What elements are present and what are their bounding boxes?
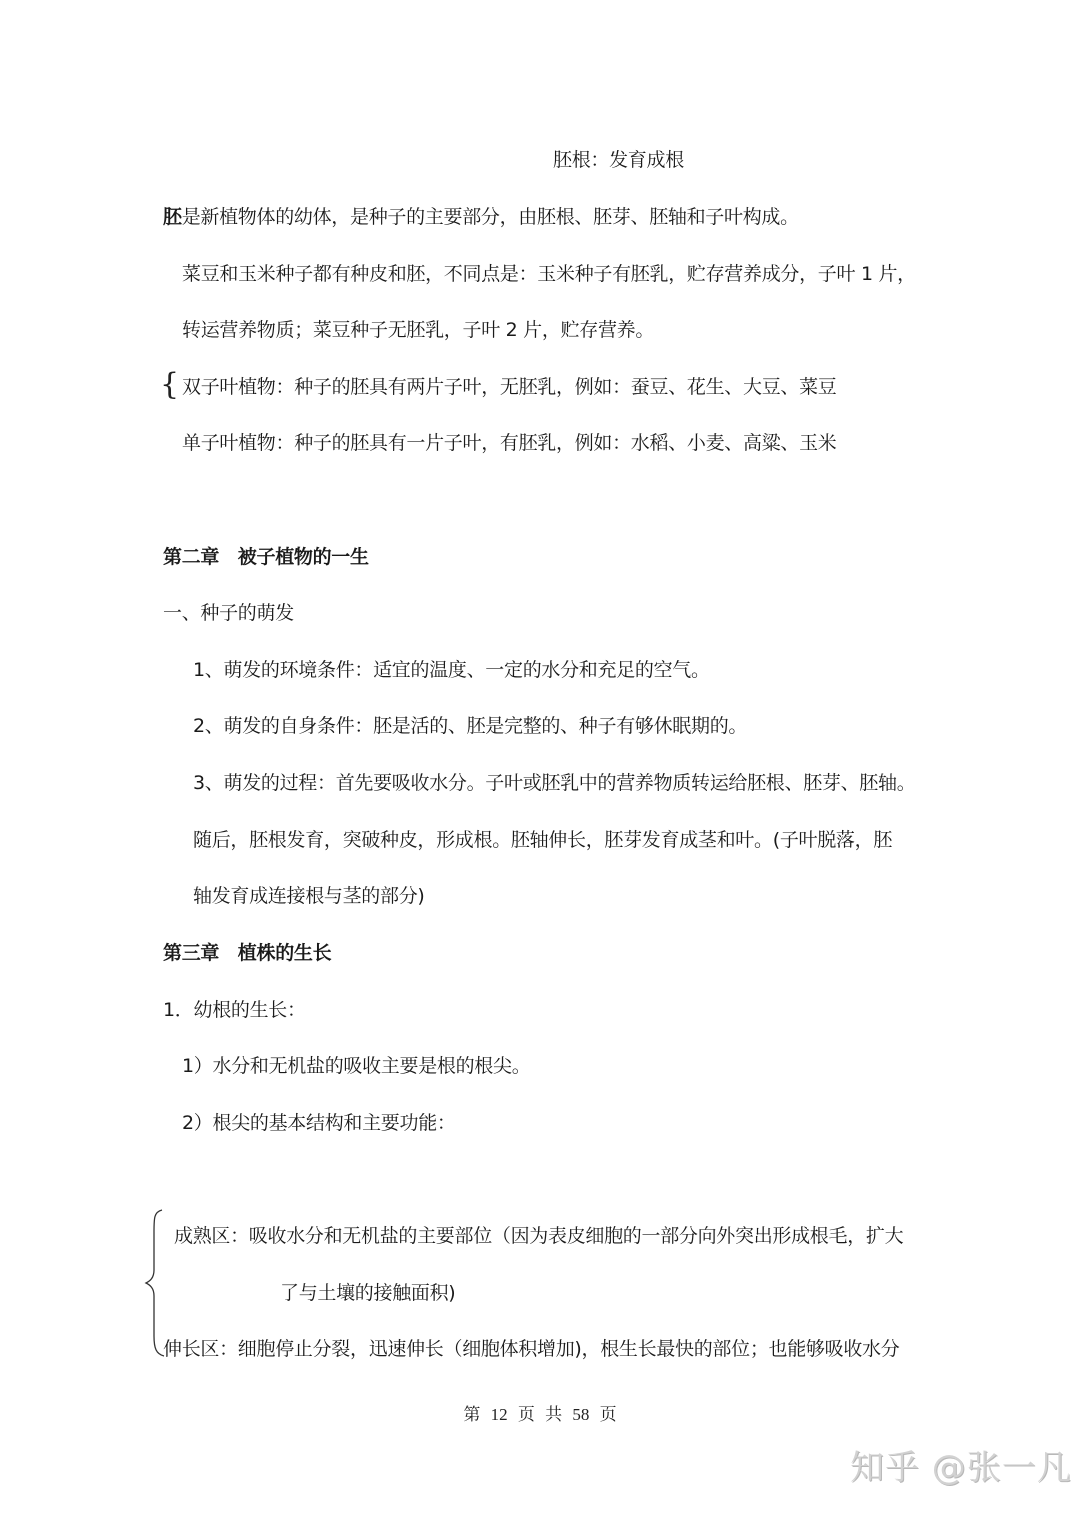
page-number-footer: 第 12 页 共 58 页 <box>0 1400 1080 1425</box>
zhihu-watermark: 知乎 @张一凡 <box>850 1440 1072 1489</box>
root-tip-structure: 2）根尖的基本结构和主要功能： <box>182 1111 456 1135</box>
root-tip-absorption: 1）水分和无机盐的吸收主要是根的根尖。 <box>182 1054 530 1078</box>
chapter-3-section-1: 1．幼根的生长： <box>163 998 306 1022</box>
bean-corn-comparison-line-2: 转运营养物质；菜豆种子无胚乳，子叶 2 片，贮存营养。 <box>182 318 654 342</box>
germination-self-conditions: 2、萌发的自身条件：胚是活的、胚是完整的、种子有够休眠期的。 <box>193 714 747 738</box>
mature-zone-line-2: 了与土壤的接触面积) <box>280 1281 455 1305</box>
monocot-definition: 单子叶植物：种子的胚具有一片子叶，有胚乳，例如：水稻、小麦、高粱、玉米 <box>182 431 837 455</box>
radicle-note: 胚根：发育成根 <box>553 148 684 172</box>
chapter-3-title: 第三章 植株的生长 <box>163 941 331 965</box>
embryo-term: 胚 <box>163 206 182 228</box>
chapter-2-title: 第二章 被子植物的一生 <box>163 545 369 569</box>
embryo-definition-text: 是新植物体的幼体，是种子的主要部分，由胚根、胚芽、胚轴和子叶构成。 <box>182 206 799 228</box>
elongation-zone: 伸长区：细胞停止分裂，迅速伸长（细胞体积增加)，根生长最快的部位；也能够吸收水分 <box>163 1337 899 1361</box>
germination-environment: 1、萌发的环境条件：适宜的温度、一定的水分和充足的空气。 <box>193 658 710 682</box>
left-brace-icon: { <box>160 370 179 400</box>
chapter-2-section-1: 一、种子的萌发 <box>163 601 294 625</box>
dicot-definition: 双子叶植物：种子的胚具有两片子叶，无胚乳，例如：蚕豆、花生、大豆、菜豆 <box>182 375 837 399</box>
germination-process-line-3: 轴发育成连接根与茎的部分) <box>193 884 425 908</box>
embryo-definition: 胚是新植物体的幼体，是种子的主要部分，由胚根、胚芽、胚轴和子叶构成。 <box>163 205 799 229</box>
mature-zone-line-1: 成熟区：吸收水分和无机盐的主要部位（因为表皮细胞的一部分向外突出形成根毛，扩大 <box>174 1224 903 1248</box>
germination-process-line-2: 随后，胚根发育，突破种皮，形成根。胚轴伸长，胚芽发育成茎和叶。(子叶脱落，胚 <box>193 828 892 852</box>
large-brace-icon <box>144 1208 166 1358</box>
germination-process-line-1: 3、萌发的过程：首先要吸收水分。子叶或胚乳中的营养物质转运给胚根、胚芽、胚轴。 <box>193 771 915 795</box>
bean-corn-comparison-line-1: 菜豆和玉米种子都有种皮和胚，不同点是：玉米种子有胚乳，贮存营养成分，子叶 1 片… <box>182 262 916 286</box>
